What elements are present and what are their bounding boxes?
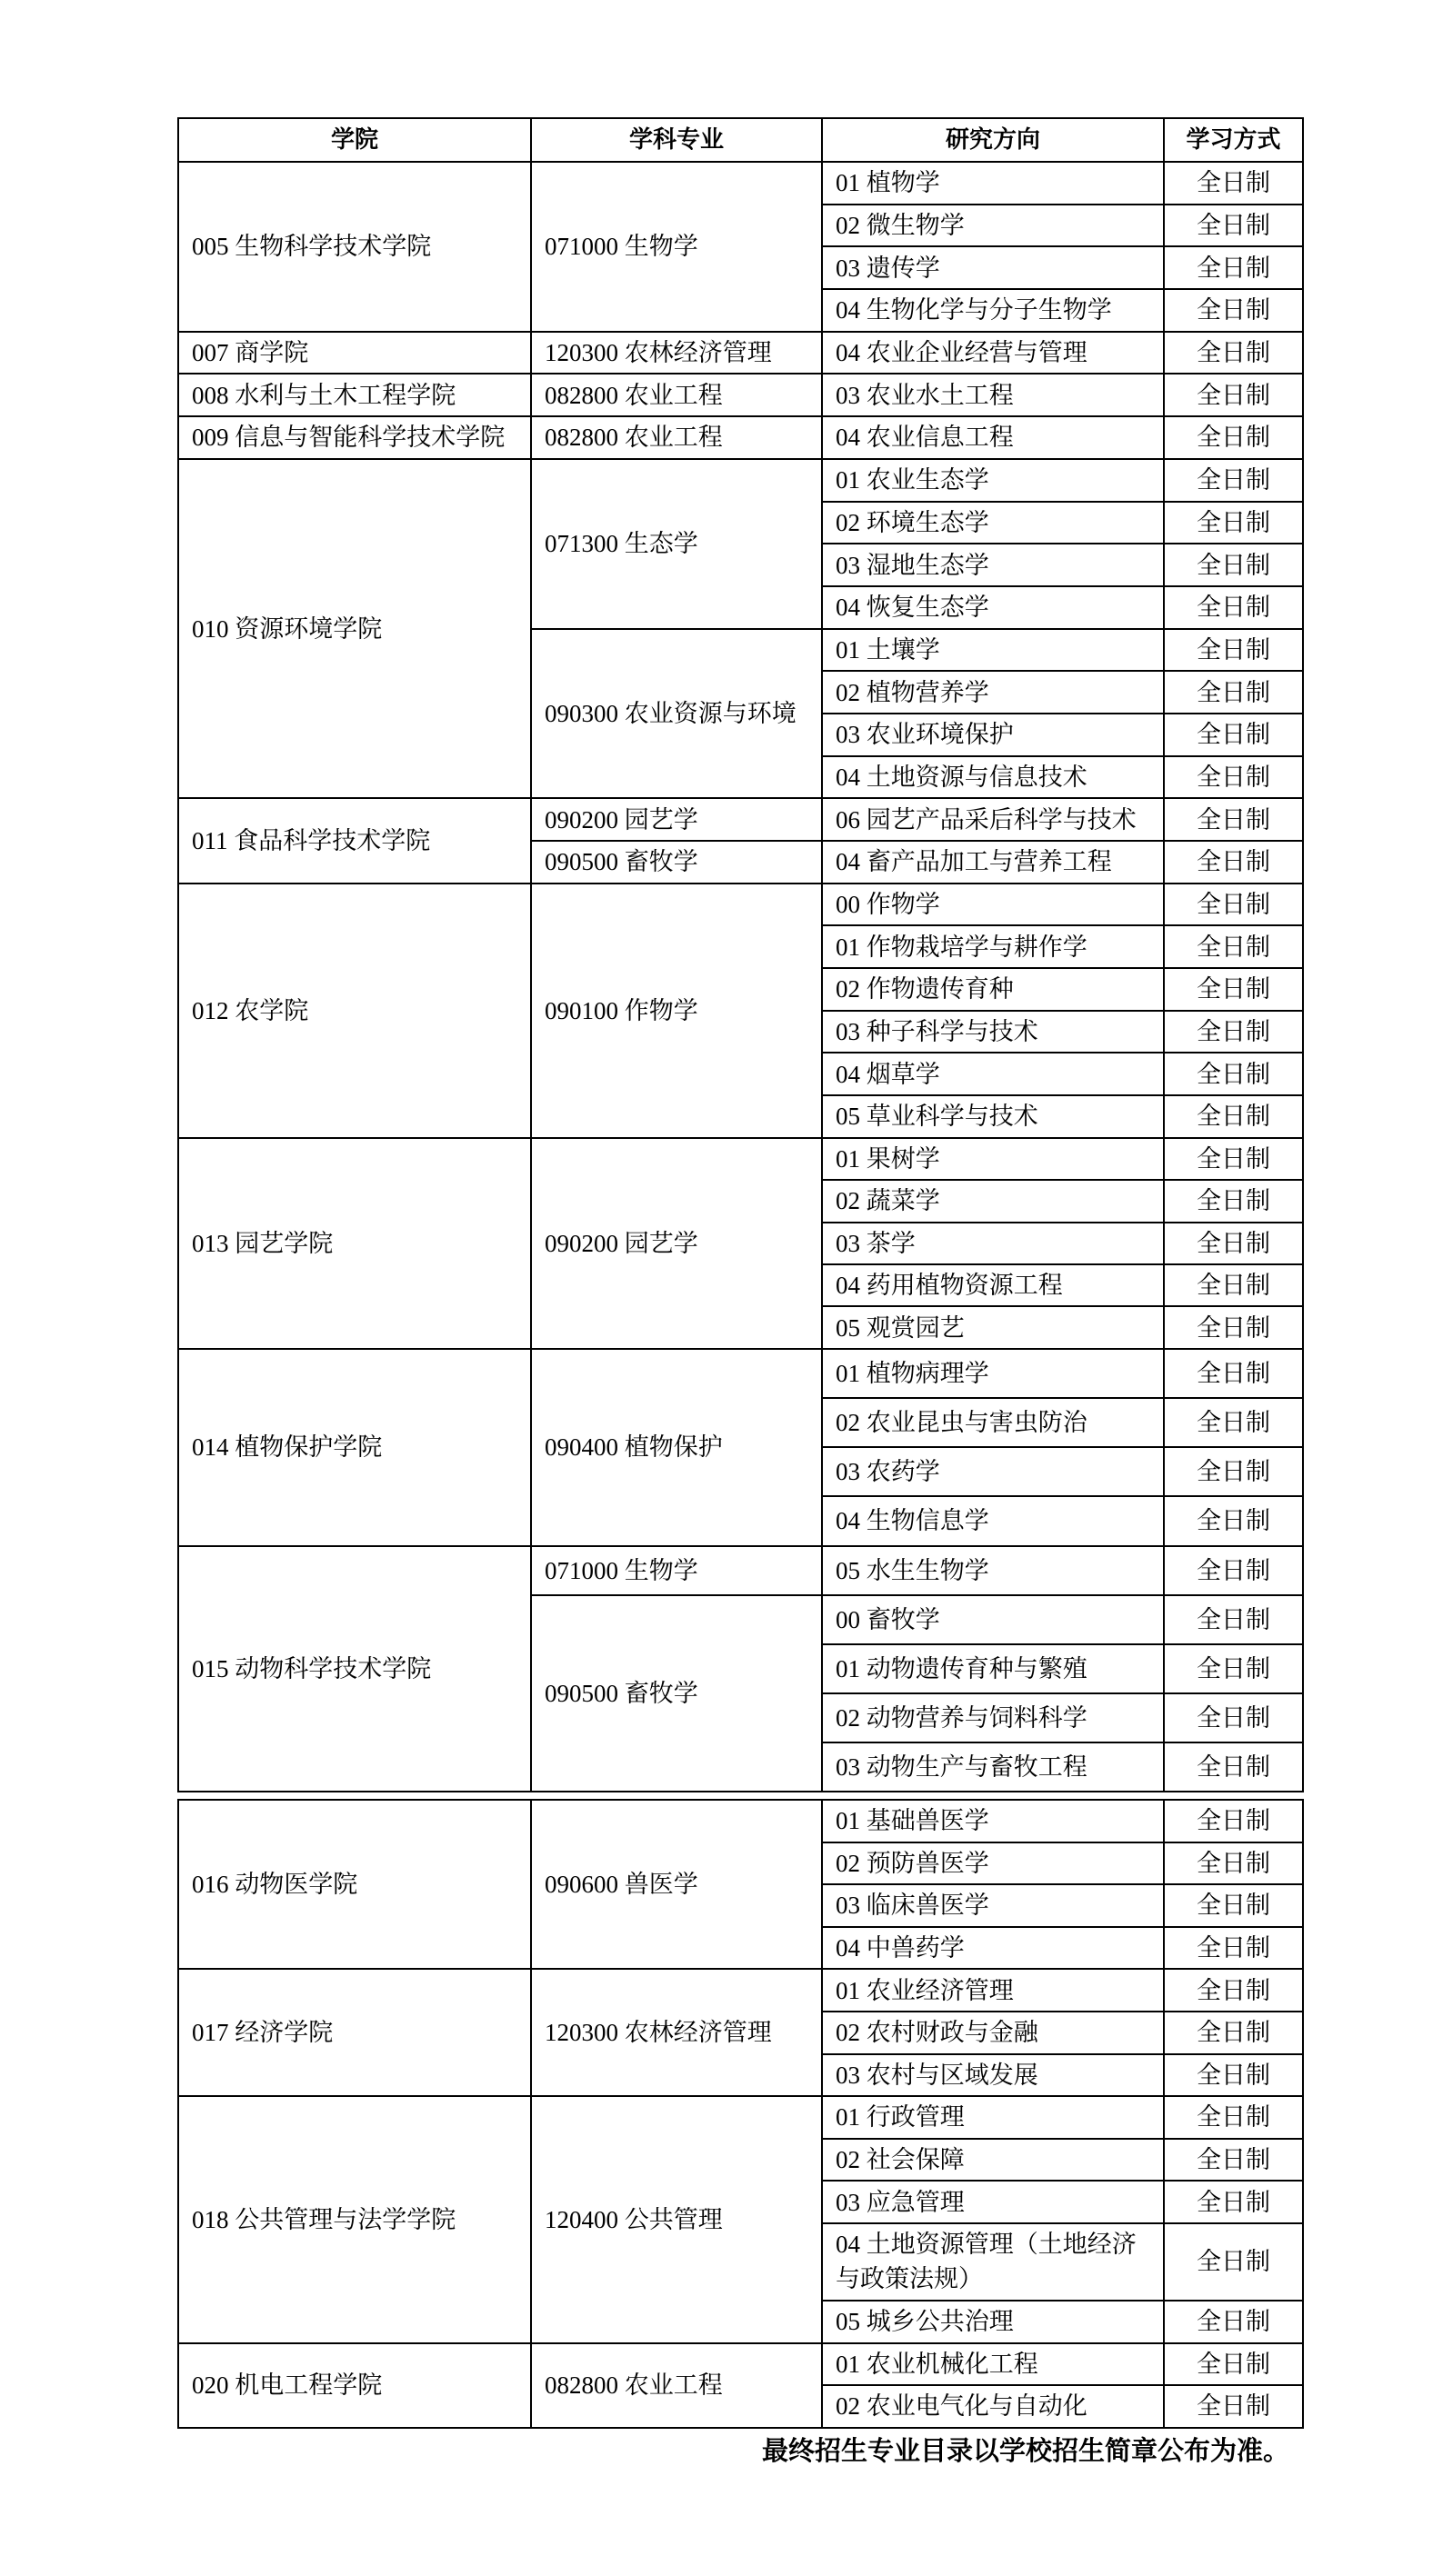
study-mode-cell: 全日制	[1164, 1398, 1303, 1447]
table-row: 015 动物科学技术学院071000 生物学05 水生生物学全日制	[178, 1546, 1303, 1595]
study-mode-cell: 全日制	[1164, 2343, 1303, 2386]
study-mode-cell: 全日制	[1164, 1800, 1303, 1842]
college-cell: 014 植物保护学院	[178, 1349, 531, 1546]
college-cell: 017 经济学院	[178, 1969, 531, 2096]
study-mode-cell: 全日制	[1164, 2096, 1303, 2139]
enrollment-table-part-2: 016 动物医学院090600 兽医学01 基础兽医学全日制02 预防兽医学全日…	[177, 1799, 1304, 2429]
study-mode-cell: 全日制	[1164, 162, 1303, 205]
college-cell: 005 生物科学技术学院	[178, 162, 531, 332]
study-mode-cell: 全日制	[1164, 1842, 1303, 1885]
study-mode-cell: 全日制	[1164, 1223, 1303, 1264]
major-cell: 082800 农业工程	[531, 374, 822, 416]
direction-cell: 00 畜牧学	[822, 1595, 1164, 1644]
table-row: 010 资源环境学院071300 生态学01 农业生态学全日制	[178, 459, 1303, 502]
study-mode-cell: 全日制	[1164, 1927, 1303, 1970]
study-mode-cell: 全日制	[1164, 246, 1303, 289]
table-row: 014 植物保护学院090400 植物保护01 植物病理学全日制	[178, 1349, 1303, 1398]
study-mode-cell: 全日制	[1164, 416, 1303, 459]
study-mode-cell: 全日制	[1164, 1595, 1303, 1644]
major-cell: 090500 畜牧学	[531, 1595, 822, 1792]
major-cell: 071000 生物学	[531, 162, 822, 332]
direction-cell: 04 畜产品加工与营养工程	[822, 841, 1164, 884]
table-body: 005 生物科学技术学院071000 生物学01 植物学全日制02 微生物学全日…	[178, 162, 1303, 1792]
direction-cell: 03 湿地生态学	[822, 544, 1164, 586]
direction-cell: 02 农村财政与金融	[822, 2012, 1164, 2054]
table-row: 012 农学院090100 作物学00 作物学全日制	[178, 884, 1303, 926]
table-row: 017 经济学院120300 农林经济管理01 农业经济管理全日制	[178, 1969, 1303, 2012]
direction-cell: 01 农业生态学	[822, 459, 1164, 502]
study-mode-cell: 全日制	[1164, 1496, 1303, 1545]
direction-cell: 01 植物病理学	[822, 1349, 1164, 1398]
study-mode-cell: 全日制	[1164, 884, 1303, 926]
table-row: 005 生物科学技术学院071000 生物学01 植物学全日制	[178, 162, 1303, 205]
study-mode-cell: 全日制	[1164, 1969, 1303, 2012]
table-row: 020 机电工程学院082800 农业工程01 农业机械化工程全日制	[178, 2343, 1303, 2386]
college-cell: 007 商学院	[178, 332, 531, 374]
college-cell: 016 动物医学院	[178, 1800, 531, 1969]
study-mode-cell: 全日制	[1164, 1884, 1303, 1927]
direction-cell: 02 植物营养学	[822, 671, 1164, 714]
study-mode-cell: 全日制	[1164, 1546, 1303, 1595]
direction-cell: 02 预防兽医学	[822, 1842, 1164, 1885]
direction-cell: 01 基础兽医学	[822, 1800, 1164, 1842]
direction-cell: 05 观赏园艺	[822, 1306, 1164, 1348]
college-cell: 012 农学院	[178, 884, 531, 1138]
study-mode-cell: 全日制	[1164, 1011, 1303, 1053]
study-mode-cell: 全日制	[1164, 714, 1303, 756]
study-mode-cell: 全日制	[1164, 1644, 1303, 1693]
study-mode-cell: 全日制	[1164, 2385, 1303, 2428]
table-row: 011 食品科学技术学院090200 园艺学06 园艺产品采后科学与技术全日制	[178, 798, 1303, 841]
study-mode-cell: 全日制	[1164, 2301, 1303, 2343]
direction-cell: 04 药用植物资源工程	[822, 1264, 1164, 1306]
header-study-mode: 学习方式	[1164, 118, 1303, 162]
direction-cell: 01 动物遗传育种与繁殖	[822, 1644, 1164, 1693]
major-cell: 120300 农林经济管理	[531, 332, 822, 374]
major-cell: 071300 生态学	[531, 459, 822, 629]
direction-cell: 01 行政管理	[822, 2096, 1164, 2139]
major-cell: 090200 园艺学	[531, 1138, 822, 1349]
direction-cell: 02 作物遗传育种	[822, 968, 1164, 1011]
direction-cell: 03 应急管理	[822, 2181, 1164, 2223]
college-cell: 009 信息与智能科学技术学院	[178, 416, 531, 459]
direction-cell: 02 社会保障	[822, 2139, 1164, 2182]
study-mode-cell: 全日制	[1164, 544, 1303, 586]
direction-cell: 02 动物营养与饲料科学	[822, 1693, 1164, 1742]
direction-cell: 04 生物化学与分子生物学	[822, 289, 1164, 332]
table-row: 018 公共管理与法学学院120400 公共管理01 行政管理全日制	[178, 2096, 1303, 2139]
direction-cell: 02 环境生态学	[822, 502, 1164, 544]
major-cell: 090600 兽医学	[531, 1800, 822, 1969]
direction-cell: 02 微生物学	[822, 205, 1164, 247]
study-mode-cell: 全日制	[1164, 289, 1303, 332]
study-mode-cell: 全日制	[1164, 1180, 1303, 1222]
study-mode-cell: 全日制	[1164, 1138, 1303, 1180]
enrollment-table-part-1: 学院 学科专业 研究方向 学习方式 005 生物科学技术学院071000 生物学…	[177, 117, 1304, 1792]
header-row: 学院 学科专业 研究方向 学习方式	[178, 118, 1303, 162]
direction-cell: 03 农业水土工程	[822, 374, 1164, 416]
table-row: 007 商学院120300 农林经济管理04 农业企业经营与管理全日制	[178, 332, 1303, 374]
study-mode-cell: 全日制	[1164, 332, 1303, 374]
study-mode-cell: 全日制	[1164, 1693, 1303, 1742]
college-cell: 018 公共管理与法学学院	[178, 2096, 531, 2342]
direction-cell: 01 农业经济管理	[822, 1969, 1164, 2012]
direction-cell: 03 茶学	[822, 1223, 1164, 1264]
major-cell: 082800 农业工程	[531, 416, 822, 459]
study-mode-cell: 全日制	[1164, 925, 1303, 968]
study-mode-cell: 全日制	[1164, 629, 1303, 672]
table-row: 016 动物医学院090600 兽医学01 基础兽医学全日制	[178, 1800, 1303, 1842]
direction-cell: 04 中兽药学	[822, 1927, 1164, 1970]
study-mode-cell: 全日制	[1164, 502, 1303, 544]
study-mode-cell: 全日制	[1164, 1053, 1303, 1095]
study-mode-cell: 全日制	[1164, 374, 1303, 416]
direction-cell: 01 作物栽培学与耕作学	[822, 925, 1164, 968]
header-direction: 研究方向	[822, 118, 1164, 162]
direction-cell: 04 生物信息学	[822, 1496, 1164, 1545]
major-cell: 090500 畜牧学	[531, 841, 822, 884]
study-mode-cell: 全日制	[1164, 968, 1303, 1011]
study-mode-cell: 全日制	[1164, 671, 1303, 714]
table-body: 016 动物医学院090600 兽医学01 基础兽医学全日制02 预防兽医学全日…	[178, 1800, 1303, 2428]
header-major: 学科专业	[531, 118, 822, 162]
direction-cell: 04 土地资源管理（土地经济与政策法规）	[822, 2223, 1164, 2301]
direction-cell: 04 农业企业经营与管理	[822, 332, 1164, 374]
college-cell: 010 资源环境学院	[178, 459, 531, 799]
study-mode-cell: 全日制	[1164, 1306, 1303, 1348]
study-mode-cell: 全日制	[1164, 2054, 1303, 2097]
direction-cell: 06 园艺产品采后科学与技术	[822, 798, 1164, 841]
direction-cell: 05 城乡公共治理	[822, 2301, 1164, 2343]
study-mode-cell: 全日制	[1164, 841, 1303, 884]
study-mode-cell: 全日制	[1164, 1349, 1303, 1398]
direction-cell: 03 农业环境保护	[822, 714, 1164, 756]
footer-note: 最终招生专业目录以学校招生简章公布为准。	[762, 2431, 1289, 2468]
major-cell: 082800 农业工程	[531, 2343, 822, 2428]
college-cell: 020 机电工程学院	[178, 2343, 531, 2428]
table-row: 008 水利与土木工程学院082800 农业工程03 农业水土工程全日制	[178, 374, 1303, 416]
direction-cell: 01 土壤学	[822, 629, 1164, 672]
header-college: 学院	[178, 118, 531, 162]
direction-cell: 05 水生生物学	[822, 1546, 1164, 1595]
direction-cell: 02 农业昆虫与害虫防治	[822, 1398, 1164, 1447]
study-mode-cell: 全日制	[1164, 1095, 1303, 1138]
college-cell: 008 水利与土木工程学院	[178, 374, 531, 416]
major-cell: 090100 作物学	[531, 884, 822, 1138]
major-cell: 071000 生物学	[531, 1546, 822, 1595]
direction-cell: 03 动物生产与畜牧工程	[822, 1742, 1164, 1792]
study-mode-cell: 全日制	[1164, 2012, 1303, 2054]
study-mode-cell: 全日制	[1164, 459, 1303, 502]
major-cell: 120400 公共管理	[531, 2096, 822, 2342]
direction-cell: 02 农业电气化与自动化	[822, 2385, 1164, 2428]
direction-cell: 03 种子科学与技术	[822, 1011, 1164, 1053]
study-mode-cell: 全日制	[1164, 1742, 1303, 1792]
major-cell: 090300 农业资源与环境	[531, 629, 822, 799]
direction-cell: 04 恢复生态学	[822, 586, 1164, 629]
direction-cell: 04 土地资源与信息技术	[822, 756, 1164, 799]
direction-cell: 04 农业信息工程	[822, 416, 1164, 459]
direction-cell: 03 临床兽医学	[822, 1884, 1164, 1927]
college-cell: 013 园艺学院	[178, 1138, 531, 1349]
major-cell: 120300 农林经济管理	[531, 1969, 822, 2096]
direction-cell: 01 植物学	[822, 162, 1164, 205]
study-mode-cell: 全日制	[1164, 2223, 1303, 2301]
direction-cell: 03 遗传学	[822, 246, 1164, 289]
direction-cell: 01 果树学	[822, 1138, 1164, 1180]
direction-cell: 04 烟草学	[822, 1053, 1164, 1095]
table-row: 009 信息与智能科学技术学院082800 农业工程04 农业信息工程全日制	[178, 416, 1303, 459]
study-mode-cell: 全日制	[1164, 798, 1303, 841]
major-cell: 090200 园艺学	[531, 798, 822, 841]
direction-cell: 05 草业科学与技术	[822, 1095, 1164, 1138]
table-row: 013 园艺学院090200 园艺学01 果树学全日制	[178, 1138, 1303, 1180]
direction-cell: 00 作物学	[822, 884, 1164, 926]
direction-cell: 03 农村与区域发展	[822, 2054, 1164, 2097]
direction-cell: 02 蔬菜学	[822, 1180, 1164, 1222]
direction-cell: 03 农药学	[822, 1447, 1164, 1496]
study-mode-cell: 全日制	[1164, 2181, 1303, 2223]
table-header: 学院 学科专业 研究方向 学习方式	[178, 118, 1303, 162]
study-mode-cell: 全日制	[1164, 756, 1303, 799]
study-mode-cell: 全日制	[1164, 1447, 1303, 1496]
college-cell: 011 食品科学技术学院	[178, 798, 531, 883]
study-mode-cell: 全日制	[1164, 1264, 1303, 1306]
college-cell: 015 动物科学技术学院	[178, 1546, 531, 1792]
study-mode-cell: 全日制	[1164, 2139, 1303, 2182]
major-cell: 090400 植物保护	[531, 1349, 822, 1546]
study-mode-cell: 全日制	[1164, 586, 1303, 629]
study-mode-cell: 全日制	[1164, 205, 1303, 247]
direction-cell: 01 农业机械化工程	[822, 2343, 1164, 2386]
